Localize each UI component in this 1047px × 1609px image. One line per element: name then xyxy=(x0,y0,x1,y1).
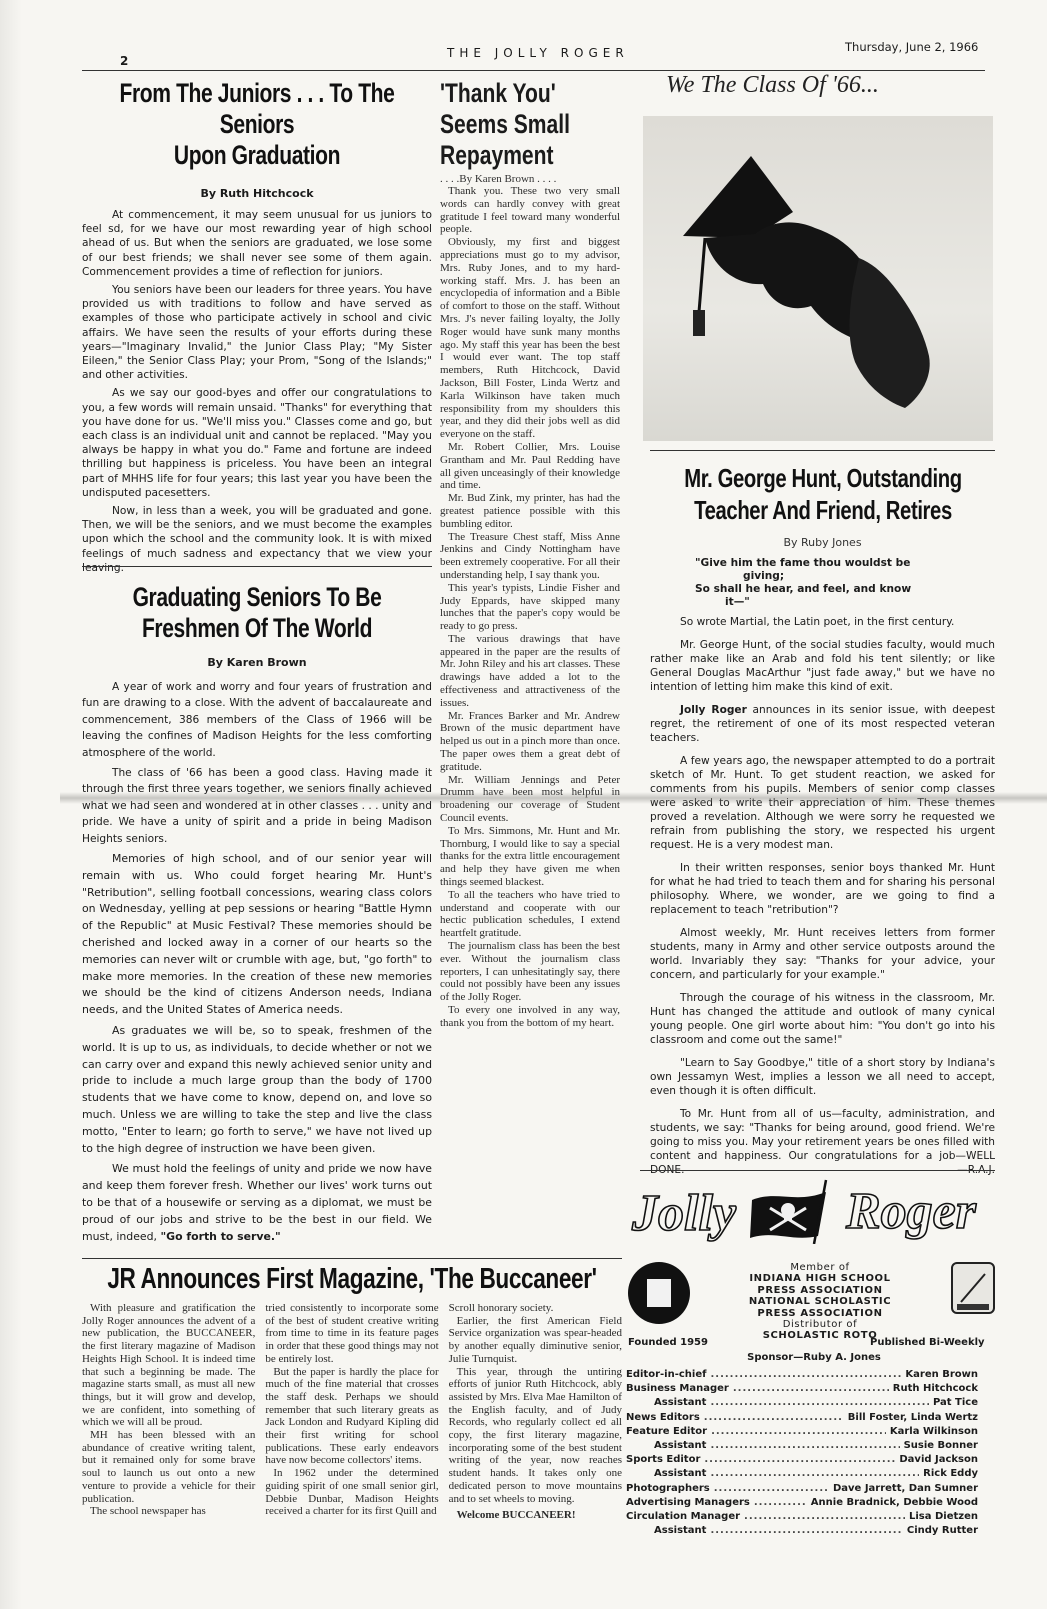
graduating-article: Graduating Seniors To Be Freshmen Of The… xyxy=(82,582,432,1245)
staff-name: Ruth Hitchcock xyxy=(893,1382,978,1396)
staff-name: David Jackson xyxy=(899,1453,978,1467)
graduating-byline: By Karen Brown xyxy=(82,656,432,669)
staff-name: Cindy Rutter xyxy=(907,1524,978,1538)
class-photo xyxy=(643,116,993,441)
hunt-byline: By Ruby Jones xyxy=(650,536,995,549)
quote-line: giving; xyxy=(695,570,995,583)
paragraph: Almost weekly, Mr. Hunt receives letters… xyxy=(650,926,995,982)
logo-roger: Roger xyxy=(846,1182,976,1241)
paragraph: To all the teachers who have tried to un… xyxy=(440,889,620,940)
headline-line: Mr. George Hunt, Outstanding xyxy=(659,462,987,494)
nspa-badge-icon xyxy=(628,1262,690,1324)
closing-motto: "Go forth to serve." xyxy=(160,1230,280,1243)
paragraph: With pleasure and gratification the Joll… xyxy=(82,1302,255,1429)
staff-row: Circulation ManagerLisa Dietzen xyxy=(626,1510,978,1524)
staff-row: AssistantPat Tice xyxy=(626,1396,978,1410)
page-edge xyxy=(0,0,22,1609)
paragraph: As we say our good-byes and offer our co… xyxy=(82,386,432,500)
headline-line: From The Juniors . . . To The Seniors xyxy=(82,78,431,140)
staff-role: Editor-in-chief xyxy=(626,1368,706,1382)
martial-quote: "Give him the fame thou wouldst be givin… xyxy=(695,557,995,609)
buccaneer-headline: JR Announces First Magazine, 'The Buccan… xyxy=(83,1262,621,1296)
headline-line: 'Thank You' xyxy=(440,78,627,109)
staff-row: News EditorsBill Foster, Linda Wertz xyxy=(626,1411,978,1425)
juniors-article: From The Juniors . . . To The Seniors Up… xyxy=(82,78,432,575)
section-rule xyxy=(650,450,995,451)
staff-name: Rick Eddy xyxy=(923,1467,978,1481)
staff-row: Feature EditorKarla Wilkinson xyxy=(626,1425,978,1439)
hunt-article: Mr. George Hunt, Outstanding Teacher And… xyxy=(650,462,995,1177)
page-number: 2 xyxy=(120,54,128,68)
paragraph: To Mrs. Simmons, Mr. Hunt and Mr. Thornb… xyxy=(440,825,620,889)
staff-role: Assistant xyxy=(654,1524,706,1538)
staff-row: AssistantSusie Bonner xyxy=(626,1439,978,1453)
paragraph: Through the courage of his witness in th… xyxy=(650,991,995,1047)
paragraph: Now, in less than a week, you will be gr… xyxy=(82,504,432,575)
paragraph: Mr. George Hunt, of the social studies f… xyxy=(650,638,995,694)
staff-name: Lisa Dietzen xyxy=(909,1510,978,1524)
staff-role: Assistant xyxy=(654,1439,706,1453)
scan-fold-line xyxy=(60,792,1047,804)
paragraph: A year of work and worry and four years … xyxy=(82,679,432,761)
headline-line: Graduating Seniors To Be xyxy=(121,582,394,613)
staff-name: Pat Tice xyxy=(933,1396,978,1410)
masthead-rule xyxy=(82,70,985,71)
pirate-flag-icon xyxy=(746,1178,846,1244)
badge-emblem xyxy=(644,1276,674,1310)
staff-role: Circulation Manager xyxy=(626,1510,740,1524)
staff-role: Photographers xyxy=(626,1482,710,1496)
graduating-body: A year of work and worry and four years … xyxy=(82,679,432,1245)
staff-row: Sports EditorDavid Jackson xyxy=(626,1453,978,1467)
staff-name: Annie Bradnick, Debbie Wood xyxy=(811,1496,978,1510)
member-line: Distributor of xyxy=(690,1319,950,1330)
section-rule xyxy=(82,566,432,567)
paragraph: To Mr. Hunt from all of us—faculty, admi… xyxy=(650,1108,995,1176)
member-line: PRESS ASSOCIATION xyxy=(690,1285,950,1296)
staff-role: Sports Editor xyxy=(626,1453,700,1467)
paragraph: MH has been blessed with an abundance of… xyxy=(82,1429,255,1505)
staff-row: AssistantCindy Rutter xyxy=(626,1524,978,1538)
member-line: NATIONAL SCHOLASTIC xyxy=(690,1296,950,1307)
founded-label: Founded 1959 xyxy=(628,1337,708,1348)
headline-line: Repayment xyxy=(440,140,627,171)
paragraph: This year, through the untiring efforts … xyxy=(449,1366,622,1506)
thank-you-byline: . . . .By Karen Brown . . . . xyxy=(440,173,620,185)
staff-name: Karla Wilkinson xyxy=(890,1425,978,1439)
jolly-roger-nameplate: Jolly Roger xyxy=(628,1178,1000,1248)
paragraph: In 1962 under the determined guiding spi… xyxy=(265,1467,438,1518)
quote-line: "Give him the fame thou wouldst be xyxy=(695,557,995,570)
section-rule xyxy=(82,1258,622,1259)
paragraph: Mr. Robert Collier, Mrs. Louise Grantham… xyxy=(440,441,620,492)
staff-row: Editor-in-chiefKaren Brown xyxy=(626,1368,978,1382)
staff-row: PhotographersDave Jarrett, Dan Sumner xyxy=(626,1482,978,1496)
member-line: PRESS ASSOCIATION xyxy=(690,1308,950,1319)
buccaneer-col-2: tried consistently to incorporate some o… xyxy=(265,1302,438,1522)
headline-line: Freshmen Of The World xyxy=(121,613,394,644)
paragraph: The various drawings that have appeared … xyxy=(440,633,620,710)
paragraph: Memories of high school, and of our seni… xyxy=(82,851,432,1019)
graduating-headline: Graduating Seniors To Be Freshmen Of The… xyxy=(121,582,394,644)
paragraph: But the paper is hardly the place for mu… xyxy=(265,1366,438,1468)
staff-row: Business ManagerRuth Hitchcock xyxy=(626,1382,978,1396)
staff-row: AssistantRick Eddy xyxy=(626,1467,978,1481)
staff-role: News Editors xyxy=(626,1411,700,1425)
buccaneer-body: With pleasure and gratification the Joll… xyxy=(82,1302,622,1522)
paragraph: The Treasure Chest staff, Miss Anne Jenk… xyxy=(440,531,620,582)
staff-role: Feature Editor xyxy=(626,1425,707,1439)
staff-role: Advertising Managers xyxy=(626,1496,750,1510)
paper-name: THE JOLLY ROGER xyxy=(447,46,629,60)
jolly-roger-mention: Jolly Roger xyxy=(680,704,747,716)
graduate-silhouette-icon xyxy=(643,116,993,441)
staff-name: Karen Brown xyxy=(905,1368,978,1382)
section-rule xyxy=(640,1170,995,1171)
paragraph: Obviously, my first and biggest apprecia… xyxy=(440,236,620,441)
paragraph: As graduates we will be, so to speak, fr… xyxy=(82,1023,432,1157)
staff-box: Editor-in-chiefKaren Brown Business Mana… xyxy=(626,1368,978,1538)
quote-line: So shall he hear, and feel, and know xyxy=(695,583,995,596)
paragraph: This year's typists, Lindie Fisher and J… xyxy=(440,582,620,633)
paragraph: At commencement, it may seem unusual for… xyxy=(82,208,432,279)
staff-name: Dave Jarrett, Dan Sumner xyxy=(833,1482,978,1496)
buccaneer-article: JR Announces First Magazine, 'The Buccan… xyxy=(82,1262,622,1522)
staff-name: Susie Bonner xyxy=(904,1439,978,1453)
paragraph: The journalism class has been the best e… xyxy=(440,940,620,1004)
member-block: Member of INDIANA HIGH SCHOOL PRESS ASSO… xyxy=(690,1262,950,1342)
paragraph: Mr. Frances Barker and Mr. Andrew Brown … xyxy=(440,710,620,774)
headline-line: Upon Graduation xyxy=(82,140,431,171)
thank-you-article: 'Thank You' Seems Small Repayment . . . … xyxy=(440,78,620,1030)
paragraph: So wrote Martial, the Latin poet, in the… xyxy=(650,615,995,629)
paragraph: Earlier, the first American Field Servic… xyxy=(449,1315,622,1366)
paragraph: In their written responses, senior boys … xyxy=(650,861,995,917)
paragraph: tried consistently to incorporate some o… xyxy=(265,1302,438,1366)
logo-jolly: Jolly xyxy=(632,1184,736,1243)
hunt-body: So wrote Martial, the Latin poet, in the… xyxy=(650,615,995,1177)
paragraph: Scroll honorary society. xyxy=(449,1302,622,1315)
hunt-headline: Mr. George Hunt, Outstanding Teacher And… xyxy=(659,462,987,526)
member-line: INDIANA HIGH SCHOOL xyxy=(690,1273,950,1284)
paragraph: Welcome BUCCANEER! xyxy=(449,1509,622,1522)
headline-line: Seems Small xyxy=(440,109,627,140)
staff-name: Bill Foster, Linda Wertz xyxy=(848,1411,978,1425)
quote-line: it—" xyxy=(695,596,995,609)
buccaneer-col-3: Scroll honorary society. Earlier, the fi… xyxy=(449,1302,622,1522)
paragraph: You seniors have been our leaders for th… xyxy=(82,283,432,382)
paragraph: "Learn to Say Goodbye," title of a short… xyxy=(650,1056,995,1098)
staff-row: Advertising ManagersAnnie Bradnick, Debb… xyxy=(626,1496,978,1510)
published-label: Published Bi-Weekly xyxy=(870,1337,985,1348)
staff-role: Assistant xyxy=(654,1467,706,1481)
juniors-body: At commencement, it may seem unusual for… xyxy=(82,208,432,575)
paragraph: Mr. Bud Zink, my printer, has had the gr… xyxy=(440,492,620,530)
staff-role: Business Manager xyxy=(626,1382,729,1396)
headline-line: Teacher And Friend, Retires xyxy=(659,494,987,526)
paragraph: Thank you. These two very small words ca… xyxy=(440,185,620,236)
thank-you-headline: 'Thank You' Seems Small Repayment xyxy=(440,78,627,171)
buccaneer-col-1: With pleasure and gratification the Joll… xyxy=(82,1302,255,1522)
member-line: Member of xyxy=(690,1262,950,1273)
juniors-byline: By Ruth Hitchcock xyxy=(82,187,432,200)
quill-scroll-badge-icon xyxy=(951,1262,995,1314)
class-photo-title: We The Class Of '66... xyxy=(666,72,879,99)
issue-date: Thursday, June 2, 1966 xyxy=(845,40,978,54)
quill-icon xyxy=(953,1264,993,1312)
sponsor-label: Sponsor—Ruby A. Jones xyxy=(628,1352,1000,1363)
staff-role: Assistant xyxy=(654,1396,706,1410)
paragraph: The class of '66 has been a good class. … xyxy=(82,765,432,847)
paragraph: To every one involved in any way, thank … xyxy=(440,1004,620,1030)
paragraph: The school newspaper has xyxy=(82,1505,255,1518)
thank-you-body: Thank you. These two very small words ca… xyxy=(440,185,620,1030)
juniors-headline: From The Juniors . . . To The Seniors Up… xyxy=(82,78,431,171)
